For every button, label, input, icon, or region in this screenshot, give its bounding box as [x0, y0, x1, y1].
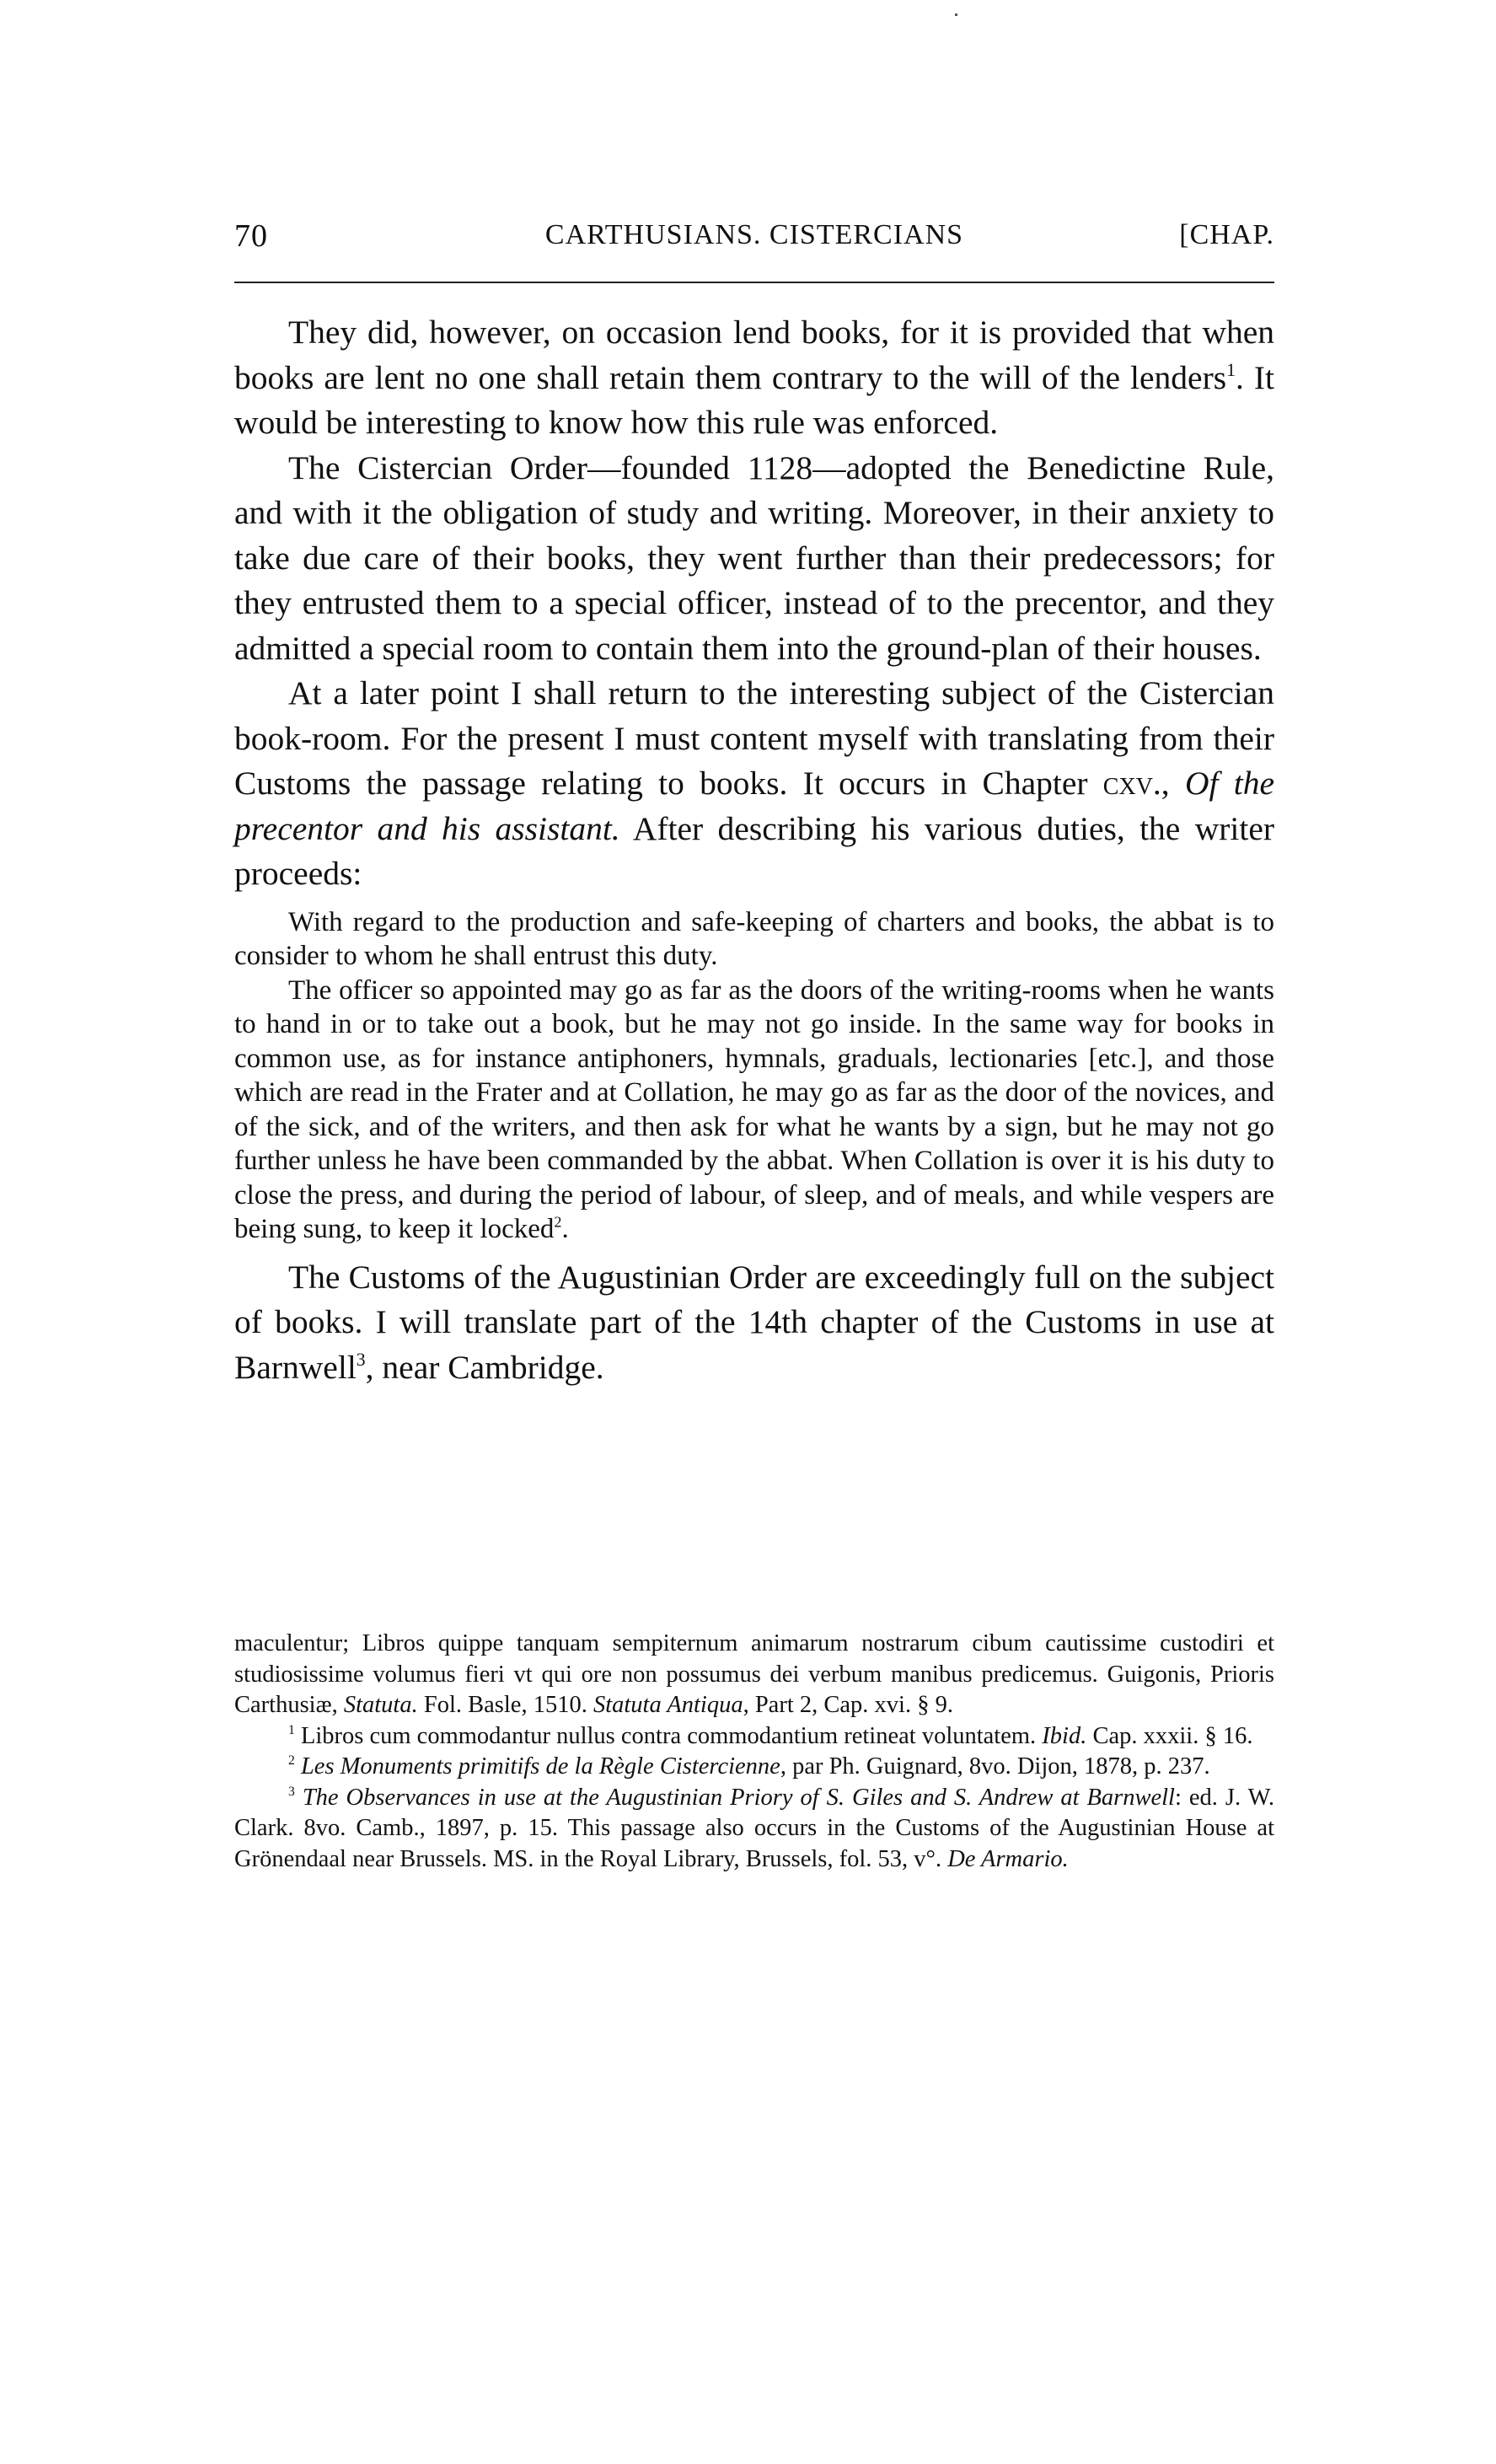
footnote-mark: 3: [288, 1785, 295, 1799]
text: .: [562, 1214, 569, 1244]
block-quote: With regard to the production and safe-k…: [234, 905, 1274, 1247]
footnote-ref-1: 1: [1226, 359, 1236, 379]
text: Libros cum commodantur nullus contra com…: [295, 1723, 1042, 1749]
text: , par Ph. Guignard, 8vo. Dijon, 1878, p.…: [780, 1753, 1210, 1780]
text: ,: [1161, 765, 1185, 802]
text: Cap. xxxii. § 16.: [1086, 1723, 1252, 1749]
text: They did, however, on occasion lend book…: [234, 314, 1274, 396]
paragraph-4: The Customs of the Augustinian Order are…: [234, 1255, 1274, 1391]
text: , near Cambridge.: [366, 1349, 604, 1386]
italic-title: The Observances in use at the Augustinia…: [295, 1785, 1175, 1811]
footnote-mark: 1: [288, 1723, 295, 1737]
paragraph-2: The Cistercian Order—founded 1128—adopte…: [234, 446, 1274, 672]
italic-title: Les Monuments primitifs de la Règle Cist…: [295, 1753, 780, 1780]
paragraph-1: They did, however, on occasion lend book…: [234, 310, 1274, 446]
italic-title: Statuta Antiqua: [593, 1692, 743, 1718]
chapter-number: cxv.: [1103, 765, 1161, 802]
scan-speck: [955, 13, 957, 16]
footnotes: maculentur; Libros quippe tanquam sempit…: [234, 1629, 1274, 1875]
text: , Part 2, Cap. xvi. § 9.: [743, 1692, 953, 1718]
quote-paragraph-2: The officer so appointed may go as far a…: [234, 974, 1274, 1247]
footnote-continuation: maculentur; Libros quippe tanquam sempit…: [234, 1629, 1274, 1721]
footnote-mark: 2: [288, 1753, 295, 1768]
header-rule: [234, 282, 1274, 283]
footnote-ref-2: 2: [554, 1213, 561, 1230]
italic-title: Statuta.: [344, 1692, 418, 1718]
footnote-1: 1 Libros cum commodantur nullus contra c…: [234, 1721, 1274, 1753]
running-header: 70 CARTHUSIANS. CISTERCIANS [CHAP.: [234, 217, 1274, 251]
italic-title: De Armario.: [947, 1846, 1069, 1872]
paragraph-3: At a later point I shall return to the i…: [234, 671, 1274, 897]
main-text: They did, however, on occasion lend book…: [234, 310, 1274, 1390]
text: The officer so appointed may go as far a…: [234, 975, 1274, 1245]
text: Fol. Basle, 1510.: [418, 1692, 593, 1718]
footnote-2: 2 Les Monuments primitifs de la Règle Ci…: [234, 1752, 1274, 1783]
italic-title: Ibid.: [1042, 1723, 1086, 1749]
chapter-mark: [CHAP.: [1179, 219, 1274, 251]
running-title: CARTHUSIANS. CISTERCIANS: [234, 219, 1274, 251]
footnote-3: 3 The Observances in use at the Augustin…: [234, 1783, 1274, 1876]
quote-paragraph-1: With regard to the production and safe-k…: [234, 905, 1274, 974]
footnote-ref-3: 3: [357, 1349, 366, 1369]
